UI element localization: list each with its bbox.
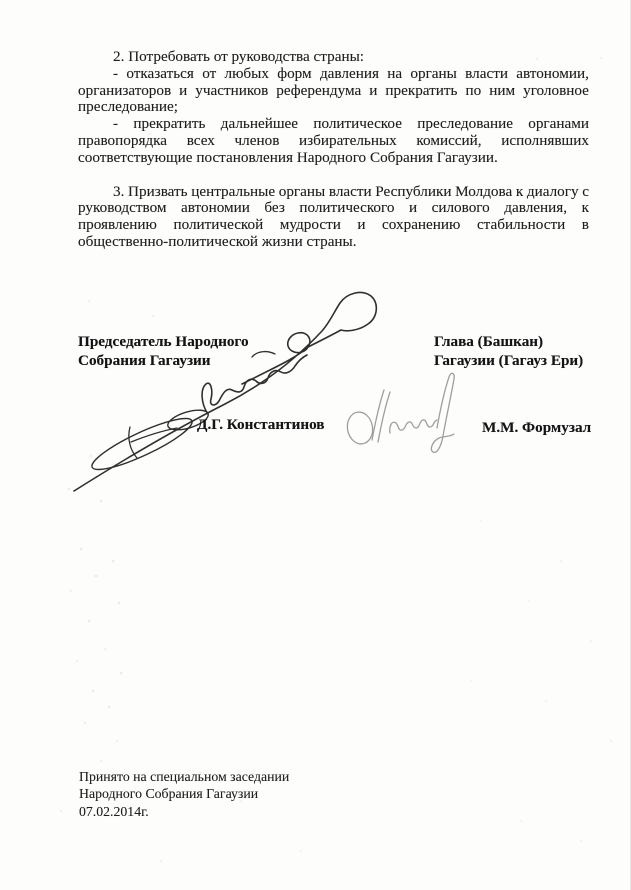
adoption-note-line: Народного Собрания Гагаузии — [79, 785, 289, 802]
paragraph: 2. Потребовать от руководства страны:-от… — [78, 49, 589, 167]
text-line: соответствующие постановления Народного … — [78, 150, 589, 167]
text-line: 3.ПризватьцентральныеорганывластиРеспубл… — [78, 184, 589, 201]
text-line: правопорядкавсехчленовизбирательныхкомис… — [78, 133, 589, 150]
title-line: Гагаузии (Гагауз Ери) — [434, 351, 583, 370]
formuzal-signature-icon — [345, 373, 454, 452]
text-line: -прекратитьдальнейшееполитическоепреслед… — [78, 116, 589, 133]
text-line: руководствомавтономиибезполитическогоиси… — [78, 200, 589, 217]
title-line: Собрания Гагаузии — [78, 351, 249, 370]
signatory-title-chairman: Председатель Народного Собрания Гагаузии — [78, 332, 249, 370]
title-line: Глава (Башкан) — [434, 332, 583, 351]
signatory-name-formuzal: М.М. Формузал — [482, 419, 591, 437]
adoption-note: Принято на специальном заседании Народно… — [79, 768, 289, 820]
adoption-note-line: Принято на специальном заседании — [79, 768, 289, 785]
scan-noise — [0, 0, 2, 2]
paragraph: 3.ПризватьцентральныеорганывластиРеспубл… — [78, 184, 589, 251]
document-body: 2. Потребовать от руководства страны:-от… — [78, 49, 589, 251]
title-line: Председатель Народного — [78, 332, 249, 351]
scanned-document-page: 2. Потребовать от руководства страны:-от… — [0, 0, 631, 890]
text-line: проявлениюполитическоймудростиисохранени… — [78, 217, 589, 234]
konstantinov-signature-icon — [74, 292, 376, 491]
text-line: общественно-политической жизни страны. — [78, 234, 589, 251]
text-line: преследование; — [78, 99, 589, 116]
adoption-date: 07.02.2014г. — [79, 803, 289, 820]
signatory-title-bashkan: Глава (Башкан) Гагаузии (Гагауз Ери) — [434, 332, 583, 370]
text-line: организаторовиучастниковреферендумаипрек… — [78, 83, 589, 100]
signatory-name-konstantinov: Д.Г. Константинов — [197, 416, 325, 434]
text-line: -отказатьсяотлюбыхформдавлениянаорганывл… — [78, 66, 589, 83]
text-line: 2. Потребовать от руководства страны: — [78, 49, 589, 66]
